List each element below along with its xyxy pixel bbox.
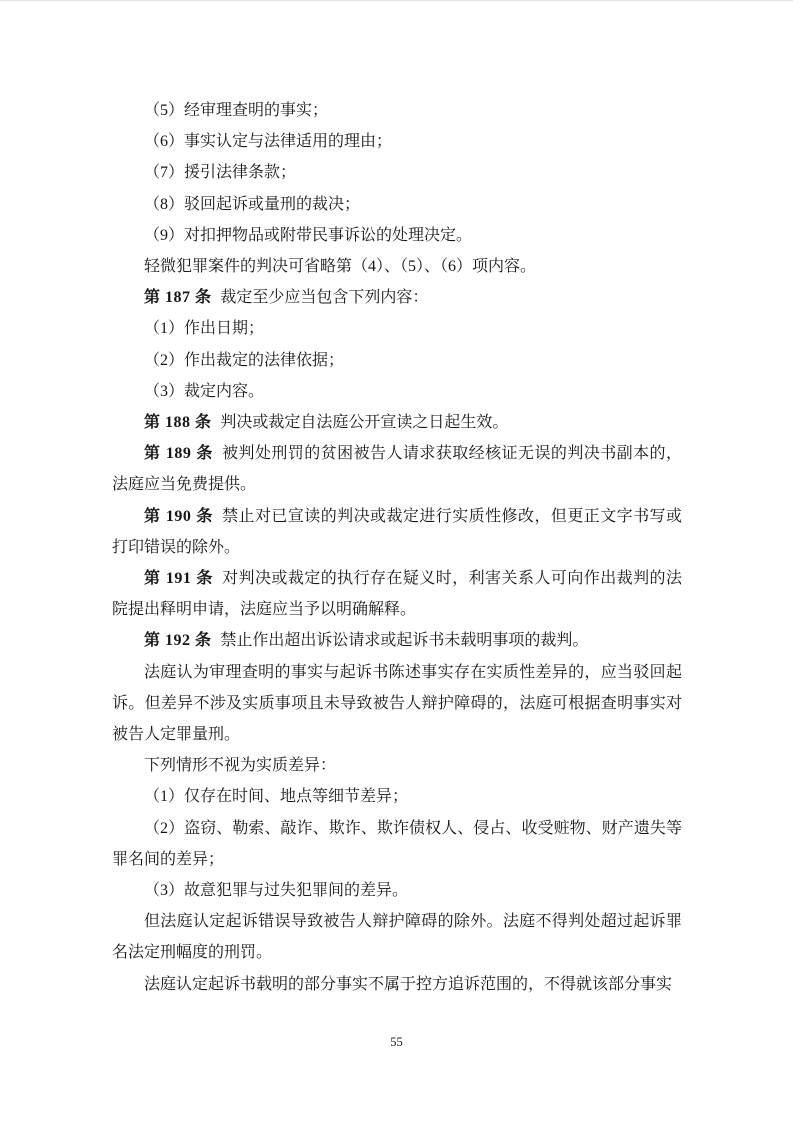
paragraph-text: 禁止作出超出诉讼请求或起诉书未载明事项的裁判。 bbox=[220, 632, 588, 649]
page-footer: 55 bbox=[0, 1035, 793, 1050]
article-number-label: 第 190 条 bbox=[144, 508, 213, 525]
paragraph-text: （1）仅存在时间、地点等细节差异； bbox=[144, 788, 408, 805]
paragraph-text: （8）驳回起诉或量刑的裁决； bbox=[144, 196, 360, 213]
list-item: （3）裁定内容。 bbox=[112, 376, 682, 407]
document-page: （5）经审理查明的事实； （6）事实认定与法律适用的理由； （7）援引法律条款；… bbox=[0, 0, 793, 1122]
article-paragraph: 第 192 条禁止作出超出诉讼请求或起诉书未载明事项的裁判。 bbox=[112, 625, 682, 656]
paragraph-text: （7）援引法律条款； bbox=[144, 164, 296, 181]
list-item: （9）对扣押物品或附带民事诉讼的处理决定。 bbox=[112, 220, 682, 251]
paragraph-text: （2）作出裁定的法律依据； bbox=[144, 352, 344, 369]
article-number-label: 第 191 条 bbox=[144, 570, 213, 587]
paragraph: 法庭认为审理查明的事实与起诉书陈述事实存在实质性差异的，应当驳回起诉。但差异不涉… bbox=[112, 657, 682, 751]
article-paragraph: 第 190 条禁止对已宣读的判决或裁定进行实质性修改，但更正文字书写或打印错误的… bbox=[112, 501, 682, 563]
paragraph-text: 裁定至少应当包含下列内容： bbox=[220, 289, 428, 306]
paragraph-text: （3）裁定内容。 bbox=[144, 383, 264, 400]
paragraph-text: 轻微犯罪案件的判决可省略第（4）、（5）、（6）项内容。 bbox=[144, 258, 536, 275]
paragraph-text: 法庭认定起诉书载明的部分事实不属于控方追诉范围的，不得就该部分事实 bbox=[144, 976, 672, 993]
article-number-label: 第 188 条 bbox=[144, 414, 212, 431]
list-item: （5）经审理查明的事实； bbox=[112, 95, 682, 126]
paragraph-text: （5）经审理查明的事实； bbox=[144, 102, 328, 119]
paragraph-text: 下列情形不视为实质差异： bbox=[144, 757, 336, 774]
article-number-label: 第 187 条 bbox=[144, 289, 212, 306]
list-item: （1）作出日期； bbox=[112, 313, 682, 344]
paragraph-text: （3）故意犯罪与过失犯罪间的差异。 bbox=[144, 882, 408, 899]
document-body: （5）经审理查明的事实； （6）事实认定与法律适用的理由； （7）援引法律条款；… bbox=[112, 95, 682, 1000]
page-number: 55 bbox=[390, 1035, 403, 1049]
paragraph: 下列情形不视为实质差异： bbox=[112, 750, 682, 781]
paragraph-text: 但法庭认定起诉错误导致被告人辩护障碍的除外。法庭不得判处超过起诉罪名法定刑幅度的… bbox=[112, 913, 682, 961]
list-item: （7）援引法律条款； bbox=[112, 157, 682, 188]
paragraph-text: 判决或裁定自法庭公开宣读之日起生效。 bbox=[220, 414, 508, 431]
paragraph-text: （9）对扣押物品或附带民事诉讼的处理决定。 bbox=[144, 227, 472, 244]
article-number-label: 第 189 条 bbox=[144, 445, 213, 462]
paragraph-text: （2）盗窃、勒索、敲诈、欺诈、欺诈债权人、侵占、收受赃物、财产遗失等罪名间的差异… bbox=[112, 820, 682, 868]
list-item: （8）驳回起诉或量刑的裁决； bbox=[112, 189, 682, 220]
paragraph-text: 法庭认为审理查明的事实与起诉书陈述事实存在实质性差异的，应当驳回起诉。但差异不涉… bbox=[112, 664, 682, 743]
list-item: （3）故意犯罪与过失犯罪间的差异。 bbox=[112, 875, 682, 906]
article-number-label: 第 192 条 bbox=[144, 632, 212, 649]
paragraph: 轻微犯罪案件的判决可省略第（4）、（5）、（6）项内容。 bbox=[112, 251, 682, 282]
article-paragraph: 第 189 条被判处刑罚的贫困被告人请求获取经核证无误的判决书副本的，法庭应当免… bbox=[112, 438, 682, 500]
article-paragraph: 第 191 条对判决或裁定的执行存在疑义时，利害关系人可向作出裁判的法院提出释明… bbox=[112, 563, 682, 625]
article-paragraph: 第 188 条判决或裁定自法庭公开宣读之日起生效。 bbox=[112, 407, 682, 438]
article-paragraph: 第 187 条裁定至少应当包含下列内容： bbox=[112, 282, 682, 313]
paragraph-text: （1）作出日期； bbox=[144, 320, 264, 337]
list-item: （2）盗窃、勒索、敲诈、欺诈、欺诈债权人、侵占、收受赃物、财产遗失等罪名间的差异… bbox=[112, 813, 682, 875]
list-item: （2）作出裁定的法律依据； bbox=[112, 345, 682, 376]
paragraph: 法庭认定起诉书载明的部分事实不属于控方追诉范围的，不得就该部分事实 bbox=[112, 969, 682, 1000]
list-item: （6）事实认定与法律适用的理由； bbox=[112, 126, 682, 157]
paragraph: 但法庭认定起诉错误导致被告人辩护障碍的除外。法庭不得判处超过起诉罪名法定刑幅度的… bbox=[112, 906, 682, 968]
list-item: （1）仅存在时间、地点等细节差异； bbox=[112, 781, 682, 812]
paragraph-text: （6）事实认定与法律适用的理由； bbox=[144, 133, 392, 150]
